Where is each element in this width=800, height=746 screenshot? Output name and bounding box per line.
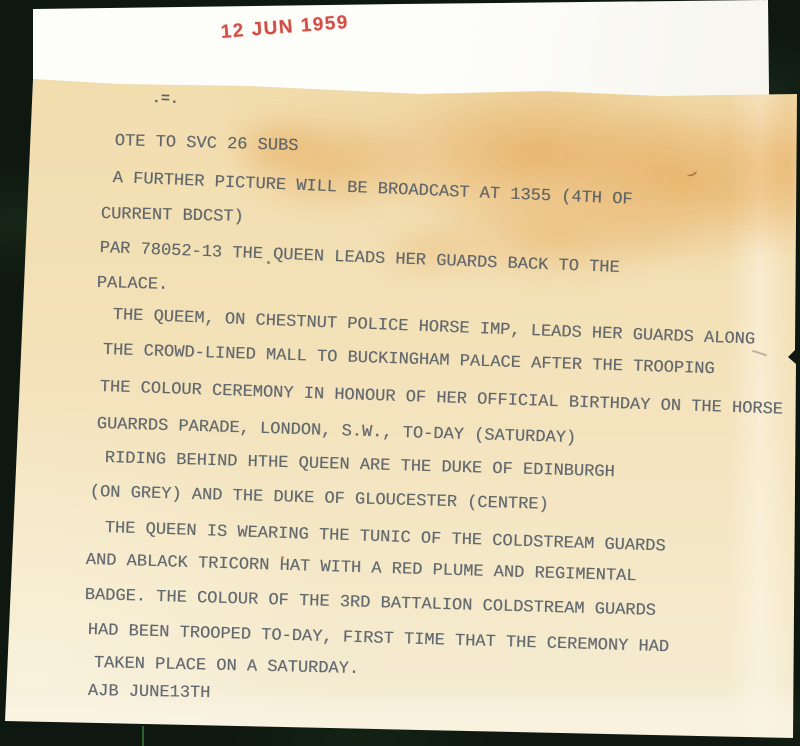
typed-line: A FURTHER PICTURE WILL BE BROADCAST AT 1… bbox=[112, 170, 633, 209]
caption-paper: .=. OTE TO SVC 26 SUBS A FURTHER PICTURE… bbox=[0, 0, 800, 746]
scan-artifact-streak bbox=[142, 726, 144, 746]
date-stamp: 12 JUN 1959 bbox=[220, 12, 350, 44]
typed-line: PAR 78052-13 THE QUEEN LEADS HER GUARDS … bbox=[99, 240, 620, 277]
typed-line: OTE TO SVC 26 SUBS bbox=[115, 133, 299, 155]
typed-line: AND ABLACK TRICORN HAT WITH A RED PLUME … bbox=[85, 552, 636, 585]
typed-line: THE QUEEN IS WEARING THE TUNIC OF THE CO… bbox=[104, 520, 665, 556]
typed-caption: .=. OTE TO SVC 26 SUBS A FURTHER PICTURE… bbox=[0, 0, 800, 746]
typed-line: GUARRDS PARADE, LONDON, S.W., TO-DAY (SA… bbox=[96, 416, 576, 447]
typed-line: (ON GREY) AND THE DUKE OF GLOUCESTER (CE… bbox=[90, 484, 549, 514]
typed-line: RIDING BEHIND HTHE QUEEN ARE THE DUKE OF… bbox=[105, 450, 615, 481]
telex-start-mark: .=. bbox=[151, 91, 179, 107]
typed-line: AJB JUNE13TH bbox=[88, 683, 211, 702]
typed-line: CURRENT BDCST) bbox=[101, 206, 244, 226]
typed-line: BADGE. THE COLOUR OF THE 3RD BATTALION C… bbox=[85, 587, 657, 620]
typed-line: PALACE. bbox=[97, 275, 169, 294]
typed-line: TAKEN PLACE ON A SATURDAY. bbox=[94, 655, 360, 678]
scanned-press-caption: 12 JUN 1959 .=. OTE TO SVC 26 SUBS A FUR… bbox=[0, 0, 800, 746]
typed-line: THE QUEEM, ON CHESTNUT POLICE HORSE IMP,… bbox=[112, 307, 755, 349]
typed-line: THE CROWD-LINED MALL TO BUCKINGHAM PALAC… bbox=[102, 342, 714, 378]
typed-line: HAD BEEN TROOPED TO-DAY, FIRST TIME THAT… bbox=[87, 622, 669, 656]
typed-line: THE COLOUR CEREMONY IN HONOUR OF HER OFF… bbox=[99, 379, 783, 419]
